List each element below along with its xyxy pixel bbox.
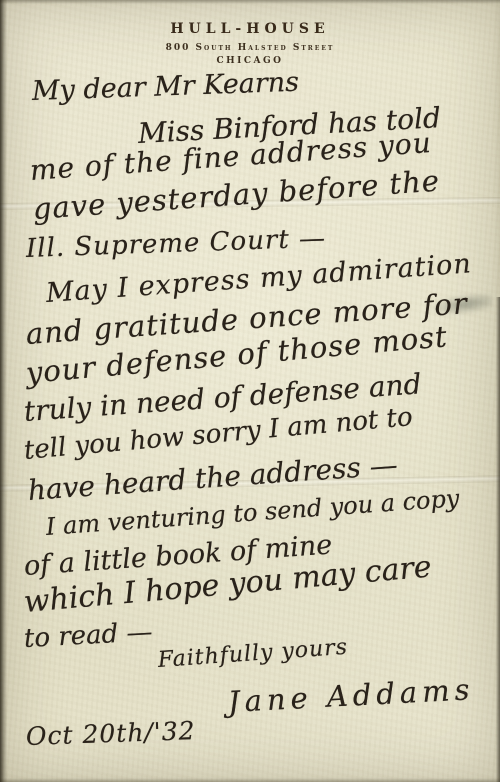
letterhead: HULL-HOUSE 800 South Halsted Street Chic…: [0, 21, 500, 66]
handwritten-signature: Jane Addams: [227, 675, 475, 717]
handwritten-salutation: My dear Mr Kearns: [32, 69, 300, 105]
handwritten-date: Oct 20th/'32: [26, 718, 196, 749]
handwritten-body-line: Ill. Supreme Court —: [26, 226, 327, 262]
letter-scan: HULL-HOUSE 800 South Halsted Street Chic…: [0, 0, 500, 782]
scan-edge-left: [0, 0, 9, 782]
letterhead-name: HULL-HOUSE: [0, 21, 500, 37]
handwritten-body-line: to read —: [23, 619, 153, 652]
scan-edge-top: [0, 0, 500, 4]
letter-paper: HULL-HOUSE 800 South Halsted Street Chic…: [0, 0, 500, 782]
scan-edge-right: [495, 297, 500, 782]
letterhead-city: Chicago: [0, 56, 500, 66]
letterhead-address: 800 South Halsted Street: [0, 43, 500, 53]
handwritten-closing: Faithfully yours: [157, 637, 348, 672]
scan-edge-bottom: [0, 778, 500, 782]
